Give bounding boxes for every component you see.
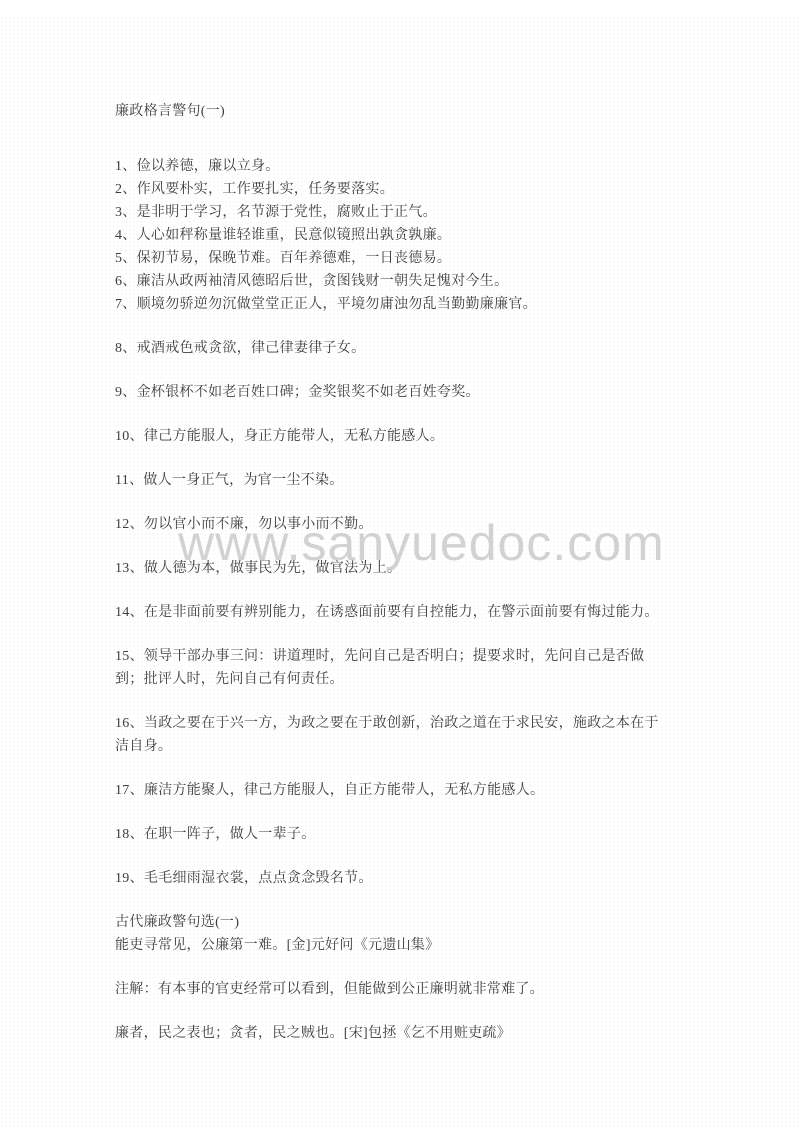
document-title: 廉政格言警句(一) (115, 100, 671, 123)
maxim-item: 2、作风要朴实，工作要扎实，任务要落实。 (115, 178, 671, 201)
maxim-item: 15、领导干部办事三问：讲道理时，先问自己是否明白；提要求时，先问自己是否做到；… (115, 645, 671, 691)
note-line: 注解：有本事的官吏经常可以看到，但能做到公正廉明就非常难了。 (115, 978, 671, 1001)
maxim-item: 19、毛毛细雨湿衣裳，点点贪念毁名节。 (115, 867, 671, 890)
maxim-item: 12、勿以官小而不廉，勿以事小而不勤。 (115, 513, 671, 536)
maxim-item: 7、顺境勿骄逆勿沉做堂堂正正人，平境勿庸浊勿乱当勤勤廉廉官。 (115, 293, 671, 316)
maxim-item: 11、做人一身正气，为官一尘不染。 (115, 469, 671, 492)
maxim-item: 8、戒酒戒色戒贪欲，律己律妻律子女。 (115, 337, 671, 360)
maxim-item: 5、保初节易，保晚节难。百年养德难，一日丧德易。 (115, 247, 671, 270)
maxim-item: 4、人心如秤称量谁轻谁重，民意似镜照出孰贪孰廉。 (115, 224, 671, 247)
quote-line: 廉者，民之表也；贪者，民之贼也。[宋]包拯《乞不用赃吏疏》 (115, 1022, 671, 1045)
maxim-item: 3、是非明于学习，名节源于党性，腐败止于正气。 (115, 201, 671, 224)
maxim-item: 14、在是非面前要有辨别能力，在诱惑面前要有自控能力，在警示面前要有悔过能力。 (115, 601, 671, 624)
maxim-item: 10、律己方能服人，身正方能带人，无私方能感人。 (115, 425, 671, 448)
maxim-item: 1、俭以养德，廉以立身。 (115, 155, 671, 178)
document-content: 廉政格言警句(一) 1、俭以养德，廉以立身。 2、作风要朴实，工作要扎实，任务要… (115, 100, 671, 1045)
maxim-item: 18、在职一阵子，做人一辈子。 (115, 823, 671, 846)
maxim-item: 13、做人德为本，做事民为先，做官法为上。 (115, 557, 671, 580)
maxim-item: 6、廉洁从政两袖清风德昭后世，贪图钱财一朝失足愧对今生。 (115, 270, 671, 293)
maxim-item: 16、当政之要在于兴一方，为政之要在于敢创新，治政之道在于求民安，施政之本在于洁… (115, 712, 671, 758)
section-heading: 古代廉政警句选(一) (115, 911, 671, 934)
document-page: www.sanyuedoc.com 廉政格言警句(一) 1、俭以养德，廉以立身。… (0, 0, 800, 1132)
maxim-item: 9、金杯银杯不如老百姓口碑；金奖银奖不如老百姓夸奖。 (115, 381, 671, 404)
quote-line: 能吏寻常见，公廉第一难。[金]元好问《元遗山集》 (115, 934, 671, 957)
maxim-item: 17、廉洁方能聚人，律己方能服人，自正方能带人，无私方能感人。 (115, 779, 671, 802)
